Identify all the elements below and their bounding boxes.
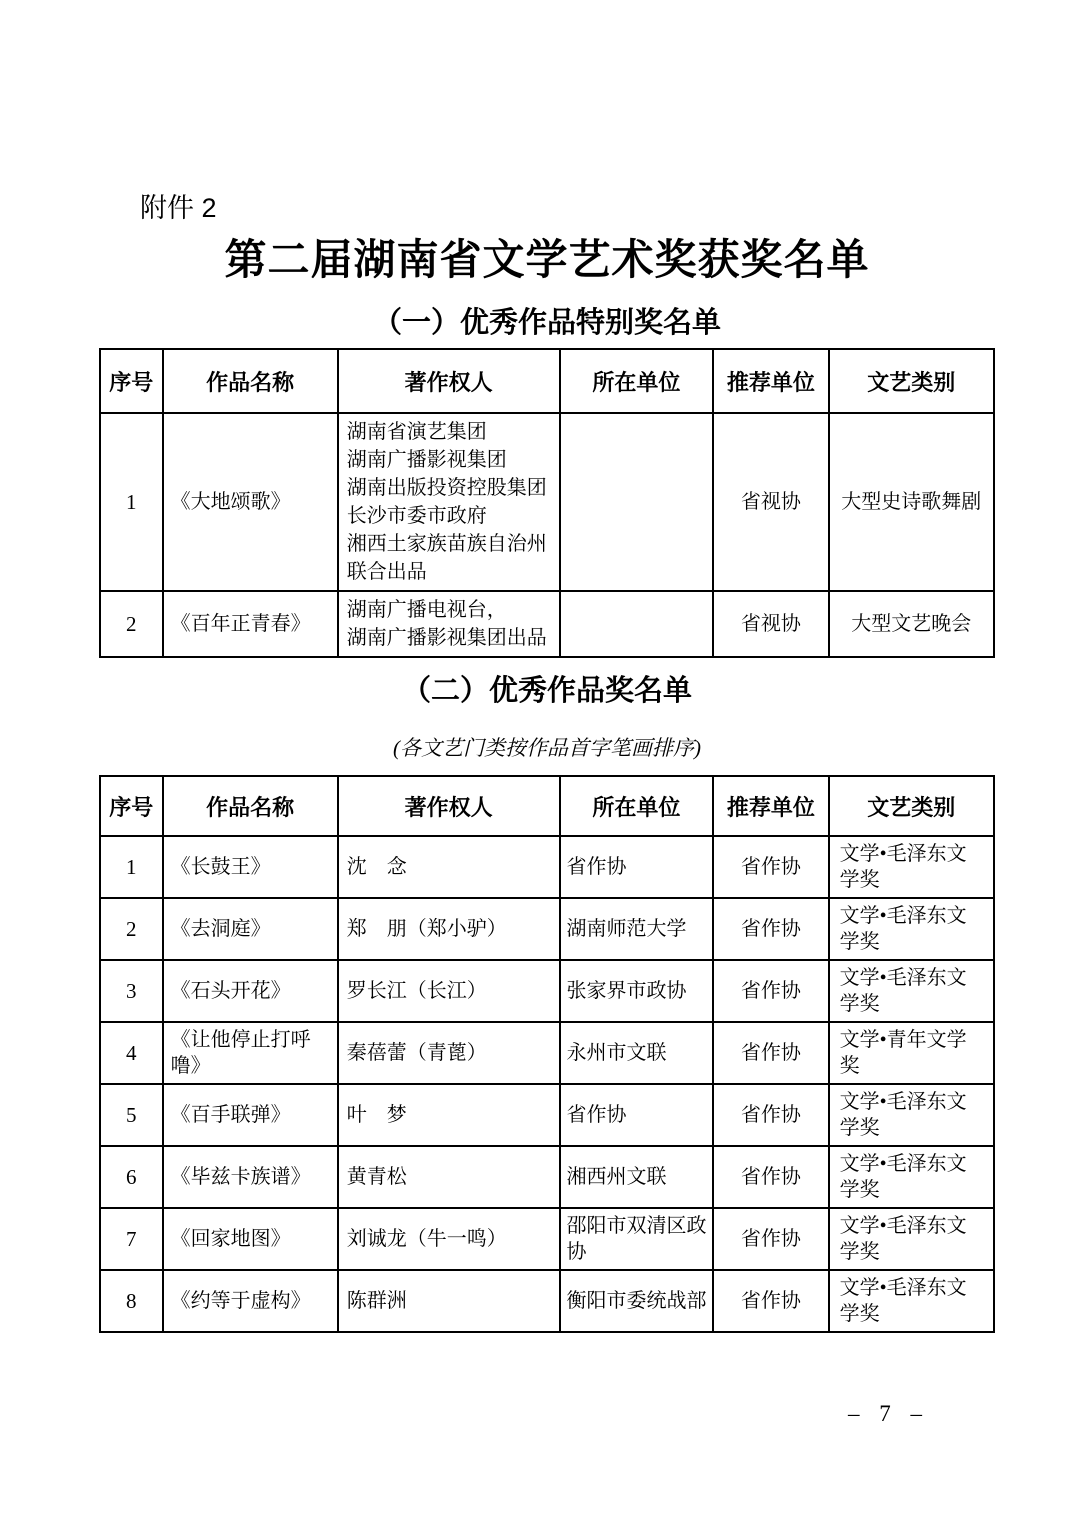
column-header-work: 作品名称 xyxy=(163,776,338,836)
cell-work-title: 《长鼓王》 xyxy=(163,836,338,898)
cell-art-category: 文学•毛泽东文学奖 xyxy=(829,1208,994,1270)
table-row: 6 《毕兹卡族谱》 黄青松 湘西州文联 省作协 文学•毛泽东文学奖 xyxy=(100,1146,994,1208)
cell-recommending-unit: 省作协 xyxy=(713,1146,828,1208)
cell-serial-number: 6 xyxy=(100,1146,163,1208)
cell-work-title: 《约等于虚构》 xyxy=(163,1270,338,1332)
cell-copyright-holder: 陈群洲 xyxy=(338,1270,560,1332)
cell-recommending-unit: 省视协 xyxy=(713,591,828,657)
column-header-no: 序号 xyxy=(100,776,163,836)
attachment-label: 附件 2 xyxy=(140,191,995,225)
works-award-table: 序号 作品名称 著作权人 所在单位 推荐单位 文艺类别 1 《长鼓王》 沈 念 … xyxy=(99,775,995,1333)
section2-heading: （二）优秀作品奖名单 xyxy=(99,674,995,708)
table-row: 2 《百年正青春》 湖南广播电视台， 湖南广播影视集团出品 省视协 大型文艺晚会 xyxy=(100,591,994,657)
cell-recommending-unit: 省作协 xyxy=(713,1084,828,1146)
cell-art-category: 大型史诗歌舞剧 xyxy=(829,413,994,591)
cell-recommending-unit: 省作协 xyxy=(713,836,828,898)
cell-affiliation: 省作协 xyxy=(560,836,714,898)
column-header-unit: 所在单位 xyxy=(560,349,714,413)
cell-work-title: 《回家地图》 xyxy=(163,1208,338,1270)
column-header-unit: 所在单位 xyxy=(560,776,714,836)
page-number: – 7 – xyxy=(848,1401,929,1427)
column-header-category: 文艺类别 xyxy=(829,776,994,836)
table-row: 1 《大地颂歌》 湖南省演艺集团 湖南广播影视集团 湖南出版投资控股集团 长沙市… xyxy=(100,413,994,591)
cell-art-category: 文学•青年文学奖 xyxy=(829,1022,994,1084)
cell-affiliation xyxy=(560,591,714,657)
cell-work-title: 《百手联弹》 xyxy=(163,1084,338,1146)
cell-work-title: 《大地颂歌》 xyxy=(163,413,338,591)
cell-recommending-unit: 省作协 xyxy=(713,1270,828,1332)
cell-art-category: 文学•毛泽东文学奖 xyxy=(829,1146,994,1208)
cell-copyright-holder: 湖南广播电视台， 湖南广播影视集团出品 xyxy=(338,591,560,657)
cell-affiliation xyxy=(560,413,714,591)
cell-art-category: 文学•毛泽东文学奖 xyxy=(829,1084,994,1146)
cell-serial-number: 8 xyxy=(100,1270,163,1332)
cell-copyright-holder: 刘诚龙（牛一鸣） xyxy=(338,1208,560,1270)
cell-art-category: 文学•毛泽东文学奖 xyxy=(829,836,994,898)
cell-affiliation: 衡阳市委统战部 xyxy=(560,1270,714,1332)
cell-serial-number: 7 xyxy=(100,1208,163,1270)
cell-affiliation: 永州市文联 xyxy=(560,1022,714,1084)
cell-serial-number: 2 xyxy=(100,591,163,657)
cell-recommending-unit: 省视协 xyxy=(713,413,828,591)
cell-copyright-holder: 湖南省演艺集团 湖南广播影视集团 湖南出版投资控股集团 长沙市委市政府 湘西土家… xyxy=(338,413,560,591)
cell-copyright-holder: 黄青松 xyxy=(338,1146,560,1208)
cell-copyright-holder: 秦蓓蕾（青蓖） xyxy=(338,1022,560,1084)
cell-recommending-unit: 省作协 xyxy=(713,960,828,1022)
cell-serial-number: 1 xyxy=(100,413,163,591)
cell-serial-number: 1 xyxy=(100,836,163,898)
cell-work-title: 《去洞庭》 xyxy=(163,898,338,960)
cell-copyright-holder: 罗长江（长江） xyxy=(338,960,560,1022)
cell-serial-number: 5 xyxy=(100,1084,163,1146)
cell-copyright-holder: 叶 梦 xyxy=(338,1084,560,1146)
cell-art-category: 文学•毛泽东文学奖 xyxy=(829,960,994,1022)
cell-copyright-holder: 郑 朋（郑小驴） xyxy=(338,898,560,960)
document-page: { "page": { "attachment_label": "附件 2", … xyxy=(0,0,1080,1527)
table-row: 7 《回家地图》 刘诚龙（牛一鸣） 邵阳市双清区政协 省作协 文学•毛泽东文学奖 xyxy=(100,1208,994,1270)
cell-recommending-unit: 省作协 xyxy=(713,1022,828,1084)
table-row: 2 《去洞庭》 郑 朋（郑小驴） 湖南师范大学 省作协 文学•毛泽东文学奖 xyxy=(100,898,994,960)
sorting-note: (各文艺门类按作品首字笔画排序) xyxy=(99,735,995,761)
section1-heading: （一）优秀作品特别奖名单 xyxy=(99,306,995,340)
column-header-category: 文艺类别 xyxy=(829,349,994,413)
cell-work-title: 《毕兹卡族谱》 xyxy=(163,1146,338,1208)
table-header-row: 序号 作品名称 著作权人 所在单位 推荐单位 文艺类别 xyxy=(100,776,994,836)
cell-work-title: 《让他停止打呼噜》 xyxy=(163,1022,338,1084)
cell-affiliation: 邵阳市双清区政协 xyxy=(560,1208,714,1270)
cell-art-category: 文学•毛泽东文学奖 xyxy=(829,898,994,960)
cell-art-category: 文学•毛泽东文学奖 xyxy=(829,1270,994,1332)
column-header-recommender: 推荐单位 xyxy=(713,349,828,413)
cell-serial-number: 2 xyxy=(100,898,163,960)
column-header-recommender: 推荐单位 xyxy=(713,776,828,836)
cell-affiliation: 省作协 xyxy=(560,1084,714,1146)
column-header-author: 著作权人 xyxy=(338,349,560,413)
special-award-table: 序号 作品名称 著作权人 所在单位 推荐单位 文艺类别 1 《大地颂歌》 湖南省… xyxy=(99,348,995,658)
cell-recommending-unit: 省作协 xyxy=(713,1208,828,1270)
cell-serial-number: 4 xyxy=(100,1022,163,1084)
cell-affiliation: 湖南师范大学 xyxy=(560,898,714,960)
document-body: 附件 2 第二届湖南省文学艺术奖获奖名单 （一）优秀作品特别奖名单 序号 作品名… xyxy=(99,0,995,1333)
table-row: 3 《石头开花》 罗长江（长江） 张家界市政协 省作协 文学•毛泽东文学奖 xyxy=(100,960,994,1022)
cell-work-title: 《百年正青春》 xyxy=(163,591,338,657)
table-row: 5 《百手联弹》 叶 梦 省作协 省作协 文学•毛泽东文学奖 xyxy=(100,1084,994,1146)
cell-work-title: 《石头开花》 xyxy=(163,960,338,1022)
page-title: 第二届湖南省文学艺术奖获奖名单 xyxy=(99,235,995,285)
column-header-author: 著作权人 xyxy=(338,776,560,836)
cell-affiliation: 张家界市政协 xyxy=(560,960,714,1022)
table-header-row: 序号 作品名称 著作权人 所在单位 推荐单位 文艺类别 xyxy=(100,349,994,413)
cell-copyright-holder: 沈 念 xyxy=(338,836,560,898)
cell-art-category: 大型文艺晚会 xyxy=(829,591,994,657)
column-header-no: 序号 xyxy=(100,349,163,413)
column-header-work: 作品名称 xyxy=(163,349,338,413)
cell-serial-number: 3 xyxy=(100,960,163,1022)
cell-affiliation: 湘西州文联 xyxy=(560,1146,714,1208)
table-row: 4 《让他停止打呼噜》 秦蓓蕾（青蓖） 永州市文联 省作协 文学•青年文学奖 xyxy=(100,1022,994,1084)
table-row: 8 《约等于虚构》 陈群洲 衡阳市委统战部 省作协 文学•毛泽东文学奖 xyxy=(100,1270,994,1332)
cell-recommending-unit: 省作协 xyxy=(713,898,828,960)
table-row: 1 《长鼓王》 沈 念 省作协 省作协 文学•毛泽东文学奖 xyxy=(100,836,994,898)
